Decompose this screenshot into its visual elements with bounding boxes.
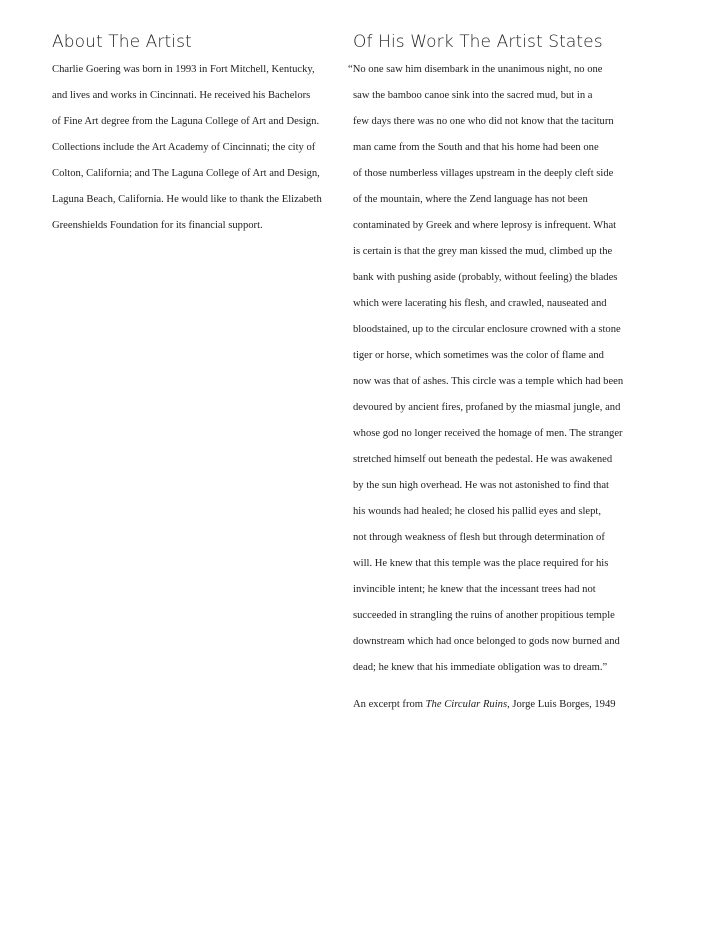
quote-line: will. He knew that this temple was the p… xyxy=(353,551,643,577)
quote-line: by the sun high overhead. He was not ast… xyxy=(353,473,643,499)
quote-citation: An excerpt from The Circular Ruins, Jorg… xyxy=(353,692,643,718)
paragraph-line: Collections include the Art Academy of C… xyxy=(52,135,337,161)
paragraph-line: Greenshields Foundation for its financia… xyxy=(52,213,337,239)
quote-line: man came from the South and that his hom… xyxy=(353,135,643,161)
quote-line: few days there was no one who did not kn… xyxy=(353,109,643,135)
about-paragraph: Charlie Goering was born in 1993 in Fort… xyxy=(52,57,337,239)
quote-line: “No one saw him disembark in the unanimo… xyxy=(348,57,643,83)
quote-line: stretched himself out beneath the pedest… xyxy=(353,447,643,473)
quote-line: now was that of ashes. This circle was a… xyxy=(353,369,643,395)
citation-suffix: , Jorge Luis Borges, 1949 xyxy=(507,699,616,710)
quote-line: contaminated by Greek and where leprosy … xyxy=(353,213,643,239)
artist-statement-section: Of His Work The Artist States “No one sa… xyxy=(353,30,643,718)
quote-line: which were lacerating his flesh, and cra… xyxy=(353,291,643,317)
quote-line: his wounds had healed; he closed his pal… xyxy=(353,499,643,525)
quote-line: invincible intent; he knew that the ince… xyxy=(353,577,643,603)
quote-line: dead; he knew that his immediate obligat… xyxy=(353,655,643,681)
statement-quote: “No one saw him disembark in the unanimo… xyxy=(353,57,643,681)
quote-line: of those numberless villages upstream in… xyxy=(353,161,643,187)
paragraph-line: of Fine Art degree from the Laguna Colle… xyxy=(52,109,337,135)
document-page: About The Artist Charlie Goering was bor… xyxy=(0,0,716,932)
quote-line: of the mountain, where the Zend language… xyxy=(353,187,643,213)
quote-line: saw the bamboo canoe sink into the sacre… xyxy=(353,83,643,109)
quote-line: whose god no longer received the homage … xyxy=(353,421,643,447)
paragraph-line: Colton, California; and The Laguna Colle… xyxy=(52,161,337,187)
quote-line: is certain is that the grey man kissed t… xyxy=(353,239,643,265)
quote-line: bank with pushing aside (probably, witho… xyxy=(353,265,643,291)
paragraph-line: Charlie Goering was born in 1993 in Fort… xyxy=(52,57,337,83)
quote-line: downstream which had once belonged to go… xyxy=(353,629,643,655)
quote-line: succeeded in strangling the ruins of ano… xyxy=(353,603,643,629)
about-the-artist-section: About The Artist Charlie Goering was bor… xyxy=(52,30,337,239)
quote-line: tiger or horse, which sometimes was the … xyxy=(353,343,643,369)
about-heading: About The Artist xyxy=(52,30,337,54)
paragraph-line: and lives and works in Cincinnati. He re… xyxy=(52,83,337,109)
quote-line: not through weakness of flesh but throug… xyxy=(353,525,643,551)
paragraph-line: Laguna Beach, California. He would like … xyxy=(52,187,337,213)
quote-line: devoured by ancient fires, profaned by t… xyxy=(353,395,643,421)
citation-prefix: An excerpt from xyxy=(353,699,426,710)
citation-title: The Circular Ruins xyxy=(426,699,507,710)
quote-line: bloodstained, up to the circular enclosu… xyxy=(353,317,643,343)
statement-heading: Of His Work The Artist States xyxy=(353,30,643,54)
